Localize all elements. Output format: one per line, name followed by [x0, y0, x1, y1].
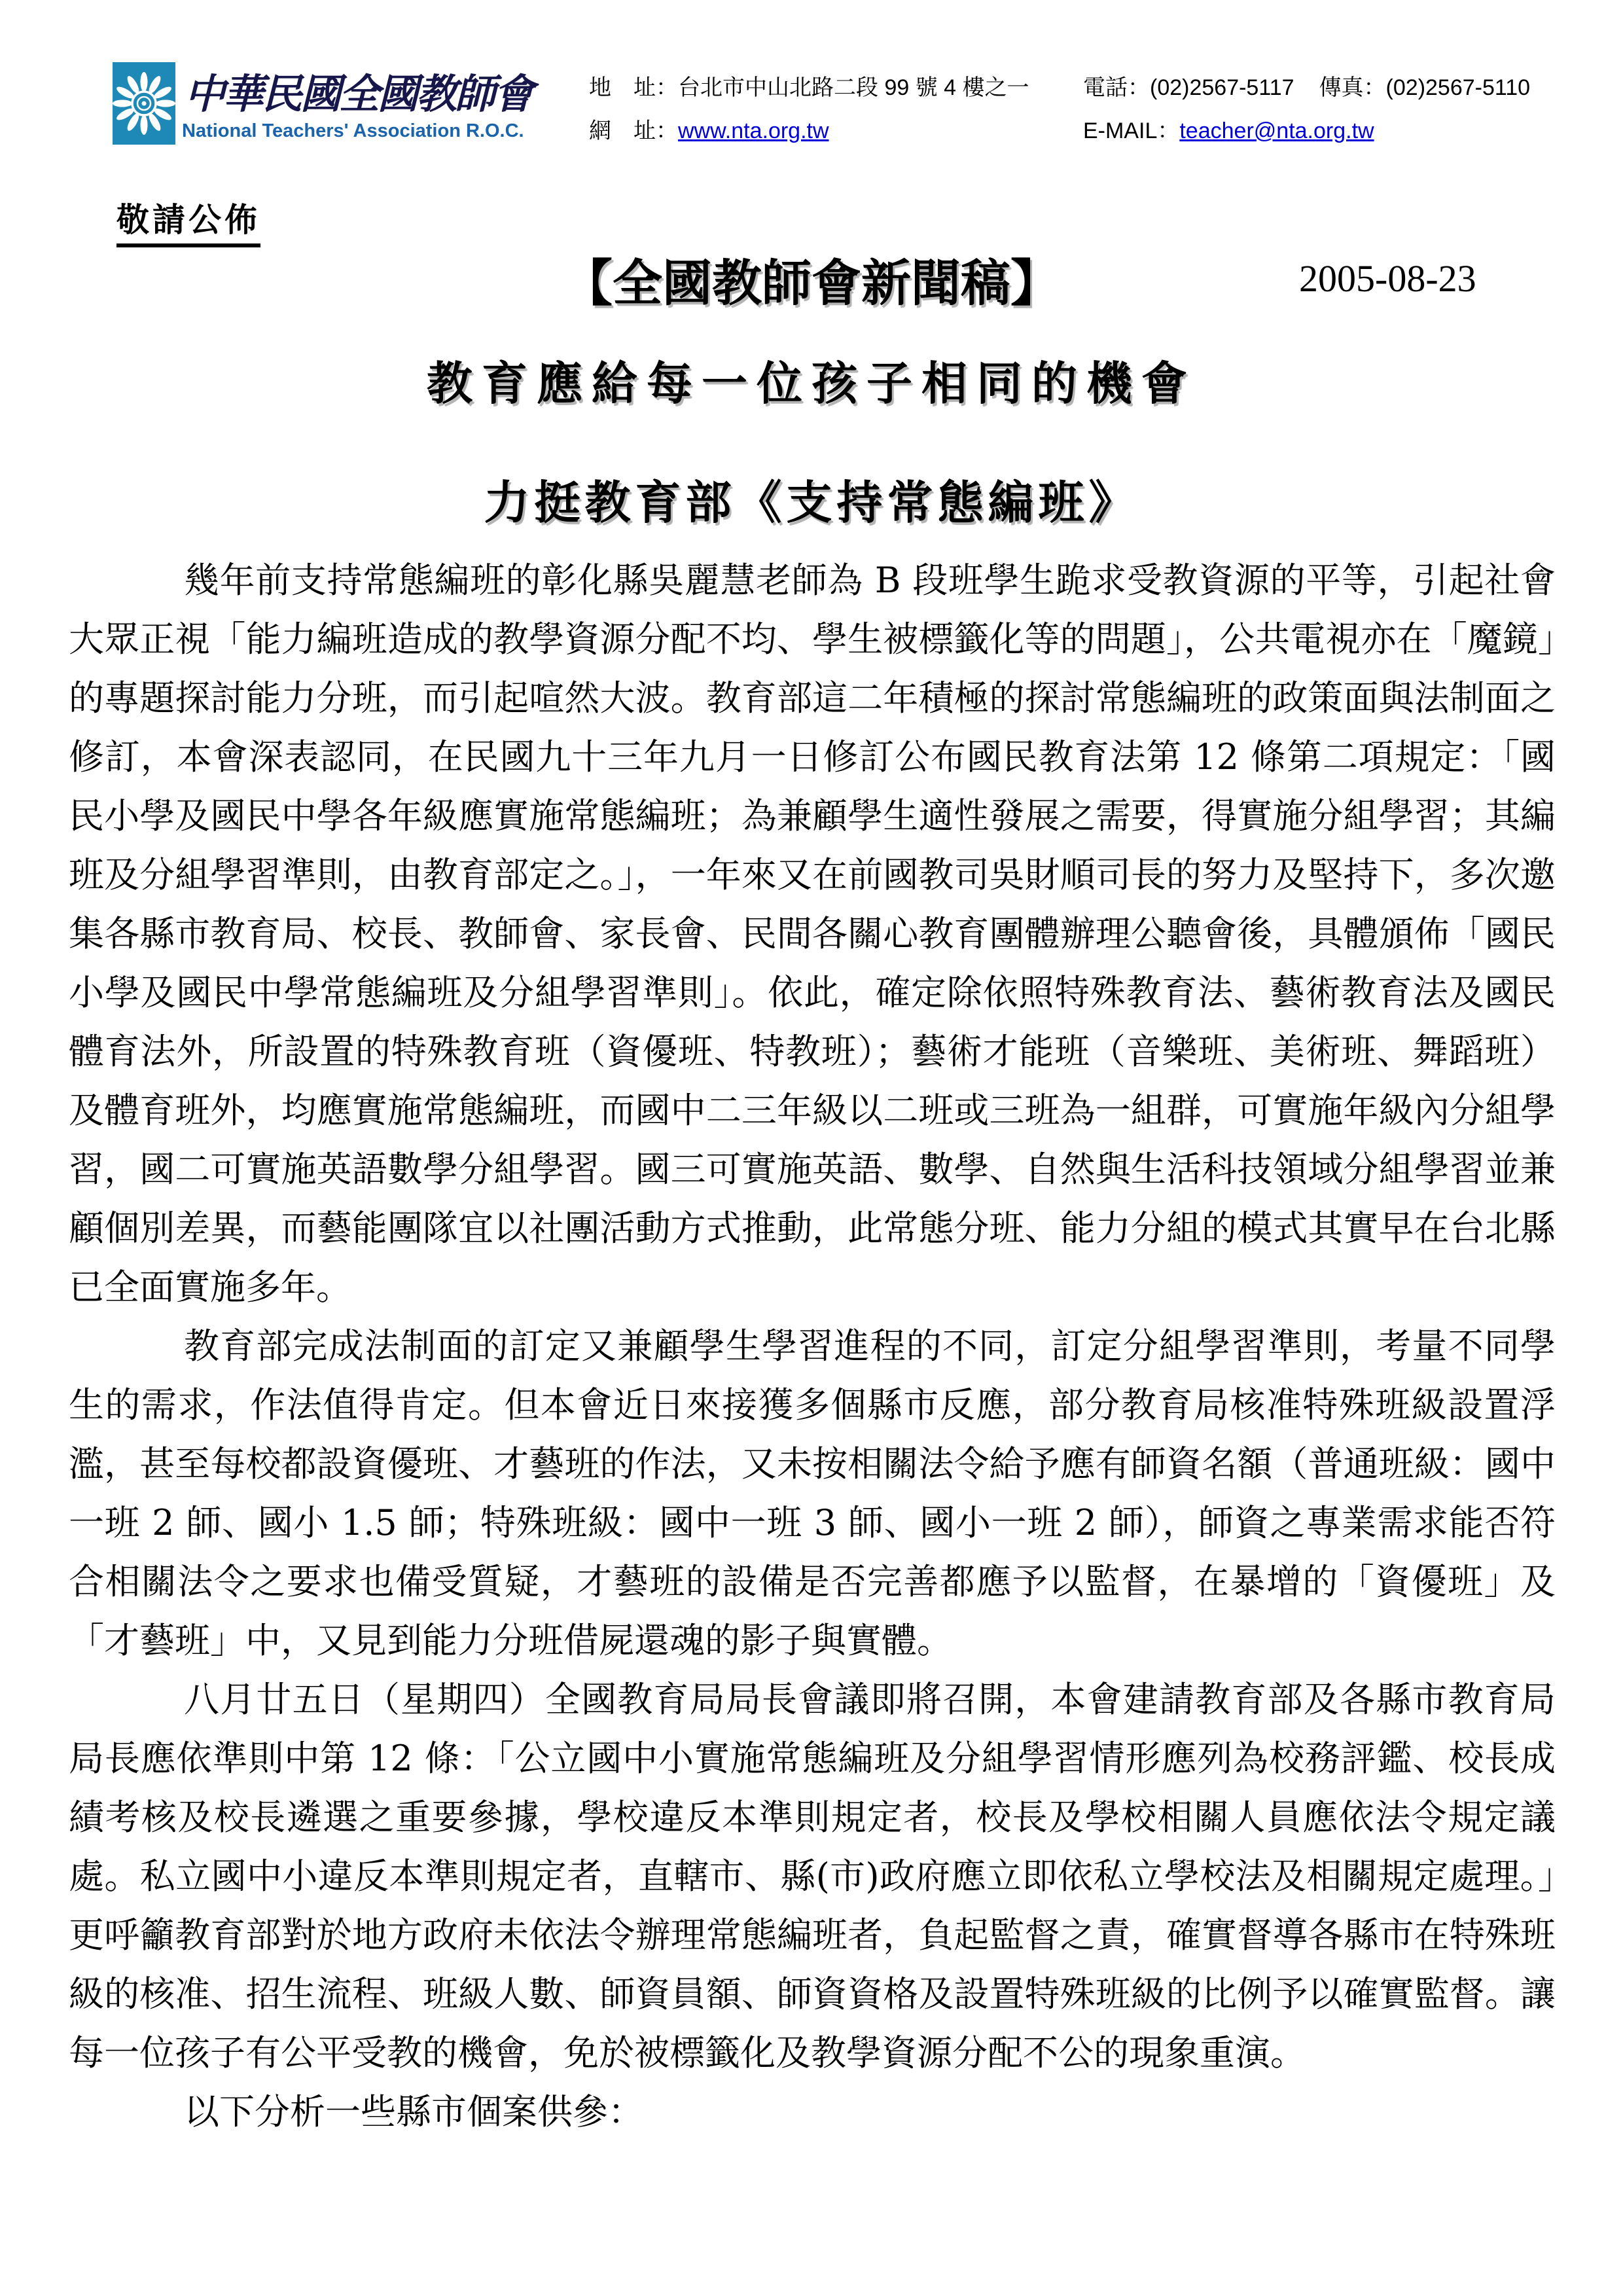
- document-page: 中華民國全國教師會 National Teachers' Association…: [0, 0, 1623, 2296]
- org-name-zh: 中華民國全國教師會: [185, 62, 532, 120]
- address-row: 地 址：台北市中山北路二段 99 號 4 樓之一: [589, 69, 1029, 101]
- press-release-title: 【全國教師會新聞稿】: [563, 243, 1060, 315]
- publish-note: 敬請公佈: [116, 194, 260, 247]
- body-paragraph-1: 幾年前支持常態編班的彰化縣吳麗慧老師為 B 段班學生跪求受教資源的平等，引起社會…: [69, 551, 1556, 1317]
- phone-fax-row: 電話：(02)2567-5117傳真：(02)2567-5110: [1083, 69, 1530, 101]
- phone-label: 電話：: [1083, 75, 1150, 100]
- org-name-en: National Teachers' Association R.O.C.: [182, 120, 524, 142]
- address-value: 台北市中山北路二段 99 號 4 樓之一: [678, 75, 1029, 100]
- body-paragraph-3: 八月廿五日（星期四）全國教育局局長會議即將召開，本會建請教育部及各縣市教育局局長…: [69, 1670, 1556, 2083]
- body-paragraph-4: 以下分析一些縣市個案供參：: [69, 2083, 1556, 2142]
- fax-label: 傳真：: [1319, 75, 1386, 100]
- body-paragraph-2: 教育部完成法制面的訂定又兼顧學生學習進程的不同，訂定分組學習準則，考量不同學生的…: [69, 1317, 1556, 1670]
- email-link[interactable]: teacher@nta.org.tw: [1179, 118, 1374, 143]
- letterhead: 中華民國全國教師會 National Teachers' Association…: [0, 0, 1623, 170]
- address-label: 地 址：: [589, 75, 678, 100]
- headline-main: 教育應給每一位孩子相同的機會: [0, 347, 1623, 413]
- date: 2005-08-23: [1299, 257, 1476, 300]
- website-label: 網 址：: [589, 118, 678, 143]
- body-text: 幾年前支持常態編班的彰化縣吳麗慧老師為 B 段班學生跪求受教資源的平等，引起社會…: [69, 551, 1556, 2142]
- website-row: 網 址：www.nta.org.tw: [589, 113, 829, 145]
- website-link[interactable]: www.nta.org.tw: [678, 118, 829, 143]
- email-row: E-MAIL：teacher@nta.org.tw: [1083, 113, 1374, 145]
- org-logo-icon: [113, 62, 175, 145]
- phone-value: (02)2567-5117: [1150, 75, 1294, 100]
- headline-sub: 力挺教育部《支持常態編班》: [0, 466, 1623, 532]
- email-label: E-MAIL：: [1083, 118, 1179, 143]
- fax-value: (02)2567-5110: [1386, 75, 1531, 100]
